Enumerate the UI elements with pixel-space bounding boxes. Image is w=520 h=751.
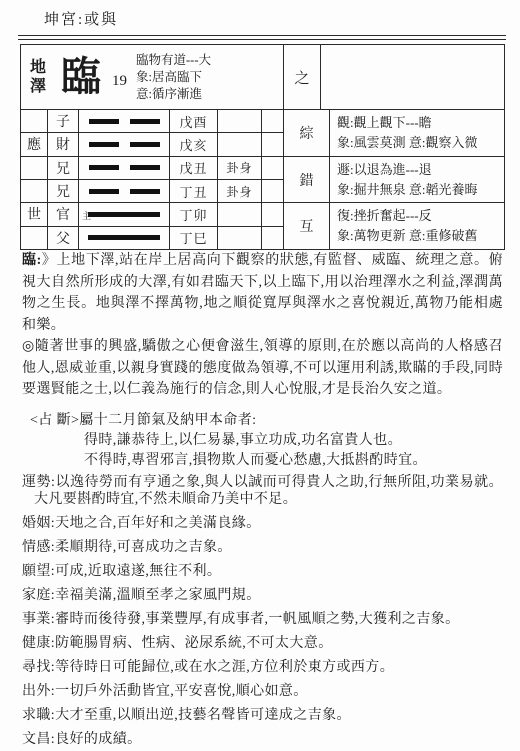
hexagram-body: 子 戊酉 應 財 戊亥 兄 戊丑 卦身 xyxy=(21,110,504,249)
empty-title-cell xyxy=(321,45,504,109)
aspect-label: 婚姻: xyxy=(22,516,55,531)
trigram-char-upper: 地 xyxy=(28,58,48,77)
aspect-text: 大才至重,以順出逆,技藝名聲皆可達成之吉象。 xyxy=(55,708,351,723)
description-lead: 臨: xyxy=(22,253,42,268)
yao-line-symbol xyxy=(79,227,170,249)
stem-branch: 丁卯 xyxy=(170,203,218,225)
aspect-line-qiuzhi: 求職:大才至重,以順出逆,技藝名聲皆可達成之吉象。 xyxy=(22,707,503,724)
aspect-label: 尋找: xyxy=(22,660,55,675)
yao-line-symbol: 主 xyxy=(79,203,170,225)
aspect-text: 審時而後待發,事業豐厚,有成事者,一帆風順之勢,大獲利之吉象。 xyxy=(55,612,459,627)
derived-detail: 象:萬物更新 意:重修破舊 xyxy=(337,226,499,246)
aspect-line-qinggan: 情感:柔順期待,可喜成功之吉象。 xyxy=(22,539,503,556)
derived-title: 觀:觀上觀下---瞻 xyxy=(337,113,499,133)
divination-favorable: 得時,謙恭待上,以仁易暴,事立功成,功名富貴人也。 xyxy=(84,431,503,451)
aspect-text: 以逸待勞而有亨通之象,與人以誠而可得貴人之助,行無所阻,功業易就。大凡要斟酌時宜… xyxy=(34,475,503,507)
zhi-cell: 之 xyxy=(284,45,321,109)
aspect-line-jiankang: 健康:防範腸胃病、性病、泌尿系統,不可太大意。 xyxy=(22,635,503,652)
gua-shen-note: 卦身 xyxy=(218,157,262,179)
aspect-label: 事業: xyxy=(22,612,55,627)
spacer-cell xyxy=(262,110,284,132)
description-paragraph: 臨:》上地下澤,站在岸上居高向下觀察的狀態,有監督、威臨、統理之意。俯視大自然所… xyxy=(22,250,503,336)
aspect-line-xunzhao: 尋找:等待時日可能歸位,或在水之涯,方位利於東方或西方。 xyxy=(22,659,503,676)
shi-ying-marker: 世 xyxy=(21,203,48,225)
relation-label: 財 xyxy=(48,133,79,155)
derived-detail: 象:風雲莫測 意:觀察入微 xyxy=(337,133,499,153)
shi-ying-marker xyxy=(21,227,48,249)
aspect-label: 家庭: xyxy=(22,588,55,603)
hexagram-title-row: 地 澤 臨 19 臨物有道---大 象:居高臨下 意:循序漸進 之 xyxy=(21,45,504,110)
relation-label: 官 xyxy=(48,203,79,225)
gua-shen-note: 卦身 xyxy=(218,180,262,202)
double-rule-divider xyxy=(18,35,506,40)
hexagram-table: 地 澤 臨 19 臨物有道---大 象:居高臨下 意:循序漸進 之 子 戊酉 xyxy=(20,44,505,250)
stem-branch: 丁巳 xyxy=(170,227,218,249)
spacer-cell xyxy=(262,180,284,202)
aspect-text: 等待時日可能歸位,或在水之涯,方位利於東方或西方。 xyxy=(55,660,394,675)
spacer-cell xyxy=(262,157,284,179)
hexagram-trigram-name: 地 澤 xyxy=(28,58,48,96)
spacer-cell xyxy=(262,203,284,225)
yao-row-6: 子 戊酉 xyxy=(21,110,284,133)
commentary-paragraph: ◎隨著世事的興盛,驕傲之心便會滋生,領導的原則,在於應以高尚的人格感召他人,恩威… xyxy=(22,336,503,401)
relation-label: 父 xyxy=(48,227,79,249)
hexagram-title-cell: 地 澤 臨 19 臨物有道---大 象:居高臨下 意:循序漸進 xyxy=(21,45,284,109)
shi-ying-marker xyxy=(21,180,48,202)
yao-line-symbol xyxy=(79,110,170,132)
derived-row-cuo: 錯 遯:以退為進---退 象:掘井無泉 意:韜光養晦 xyxy=(284,157,504,204)
main-text: 臨:》上地下澤,站在岸上居高向下觀察的狀態,有監督、威臨、統理之意。俯視大自然所… xyxy=(22,250,503,751)
derived-title: 復:挫折奮起---反 xyxy=(337,206,499,226)
yao-line-symbol xyxy=(79,133,170,155)
stem-branch: 戊亥 xyxy=(170,133,218,155)
description-body: 》上地下澤,站在岸上居高向下觀察的狀態,有監督、威臨、統理之意。俯視大自然所形成… xyxy=(22,253,503,333)
trigram-char-lower: 澤 xyxy=(28,77,48,96)
aspect-label: 文昌: xyxy=(22,732,55,747)
aspect-line-chuwai: 出外:一切戶外活動皆宜,平安喜悅,順心如意。 xyxy=(22,683,503,700)
aspect-text: 良好的成績。 xyxy=(55,732,141,747)
aspect-text: 幸福美滿,溫順至孝之家風門規。 xyxy=(55,588,261,603)
shi-ying-marker: 應 xyxy=(21,133,48,155)
aspect-label: 健康: xyxy=(22,636,55,651)
gua-shen-note xyxy=(218,227,262,249)
stem-branch: 戊丑 xyxy=(170,157,218,179)
derived-row-hu: 互 復:挫折奮起---反 象:萬物更新 意:重修破舊 xyxy=(284,203,504,249)
aspect-line-shiye: 事業:審時而後待發,事業豐厚,有成事者,一帆風順之勢,大獲利之吉象。 xyxy=(22,611,503,628)
derived-title: 遯:以退為進---退 xyxy=(337,160,499,180)
stem-branch: 丁丑 xyxy=(170,180,218,202)
hexagram-motto: 臨物有道---大 xyxy=(136,52,211,69)
derived-text: 復:挫折奮起---反 象:萬物更新 意:重修破舊 xyxy=(330,203,504,249)
aspect-label: 求職: xyxy=(22,708,55,723)
aspect-text: 可成,近取遠遂,無往不利。 xyxy=(55,564,221,579)
shi-ying-marker xyxy=(21,110,48,132)
aspect-label: 出外: xyxy=(22,684,55,699)
hexagram-number: 19 xyxy=(112,73,127,90)
line-marker: 主 xyxy=(82,209,91,222)
yao-row-5: 應 財 戊亥 xyxy=(21,133,284,156)
aspect-text: 柔順期待,可喜成功之吉象。 xyxy=(55,540,232,555)
yao-line-symbol xyxy=(79,180,170,202)
divination-unfavorable: 不得時,專習邪言,損物欺人而憂心愁慮,大抵斟酌時宜。 xyxy=(84,451,503,471)
hexagram-image-line: 象:居高臨下 xyxy=(136,69,211,86)
shi-ying-marker xyxy=(21,157,48,179)
relation-label: 兄 xyxy=(48,157,79,179)
yao-lines-table: 子 戊酉 應 財 戊亥 兄 戊丑 卦身 xyxy=(21,110,284,249)
aspect-text: 一切戶外活動皆宜,平安喜悅,順心如意。 xyxy=(55,684,308,699)
derived-label: 錯 xyxy=(284,157,330,203)
aspect-label: 情感: xyxy=(22,540,55,555)
derived-label: 綜 xyxy=(284,110,330,156)
spacer-cell xyxy=(262,133,284,155)
yao-row-1: 父 丁巳 xyxy=(21,227,284,249)
yao-row-4: 兄 戊丑 卦身 xyxy=(21,157,284,180)
aspect-label: 願望: xyxy=(22,564,55,579)
derived-hexagrams-table: 綜 觀:觀上觀下---瞻 象:風雲莫測 意:觀察入微 錯 遯:以退為進---退 … xyxy=(284,110,504,249)
aspect-line-hunyin: 婚姻:天地之合,百年好和之美滿良緣。 xyxy=(22,515,503,532)
aspect-line-yuanwang: 願望:可成,近取遠遂,無往不利。 xyxy=(22,563,503,580)
aspect-line-jiating: 家庭:幸福美滿,溫順至孝之家風門規。 xyxy=(22,587,503,604)
aspect-label: 運勢: xyxy=(22,475,55,490)
spacer-cell xyxy=(262,227,284,249)
relation-label: 子 xyxy=(48,110,79,132)
yao-row-2: 世 官 主 丁卯 xyxy=(21,203,284,226)
aspect-list: 運勢:以逸待勞而有亨通之象,與人以誠而可得貴人之助,行無所阻,功業易就。大凡要斟… xyxy=(22,474,503,748)
hexagram-main-character: 臨 xyxy=(61,55,101,99)
stem-branch: 戊酉 xyxy=(170,110,218,132)
palace-header: 坤宮:或與 xyxy=(44,8,118,29)
yao-row-3: 兄 丁丑 卦身 xyxy=(21,180,284,203)
yao-line-symbol xyxy=(79,157,170,179)
derived-label: 互 xyxy=(284,203,330,249)
gua-shen-note xyxy=(218,203,262,225)
hexagram-summary: 臨物有道---大 象:居高臨下 意:循序漸進 xyxy=(136,52,211,103)
relation-label: 兄 xyxy=(48,180,79,202)
derived-text: 觀:觀上觀下---瞻 象:風雲莫測 意:觀察入微 xyxy=(330,110,504,156)
gua-shen-note xyxy=(218,133,262,155)
derived-detail: 象:掘井無泉 意:韜光養晦 xyxy=(337,180,499,200)
derived-text: 遯:以退為進---退 象:掘井無泉 意:韜光養晦 xyxy=(330,157,504,203)
divination-heading: <占 斷>屬十二月節氣及納甲本命者: xyxy=(30,411,503,431)
aspect-line-yunshi: 運勢:以逸待勞而有亨通之象,與人以誠而可得貴人之助,行無所阻,功業易就。大凡要斟… xyxy=(22,474,503,508)
hexagram-meaning-line: 意:循序漸進 xyxy=(136,86,211,103)
aspect-text: 防範腸胃病、性病、泌尿系統,不可太大意。 xyxy=(55,636,333,651)
derived-row-zong: 綜 觀:觀上觀下---瞻 象:風雲莫測 意:觀察入微 xyxy=(284,110,504,157)
aspect-text: 天地之合,百年好和之美滿良緣。 xyxy=(55,516,261,531)
aspect-line-wenchang: 文昌:良好的成績。 xyxy=(22,731,503,748)
gua-shen-note xyxy=(218,110,262,132)
